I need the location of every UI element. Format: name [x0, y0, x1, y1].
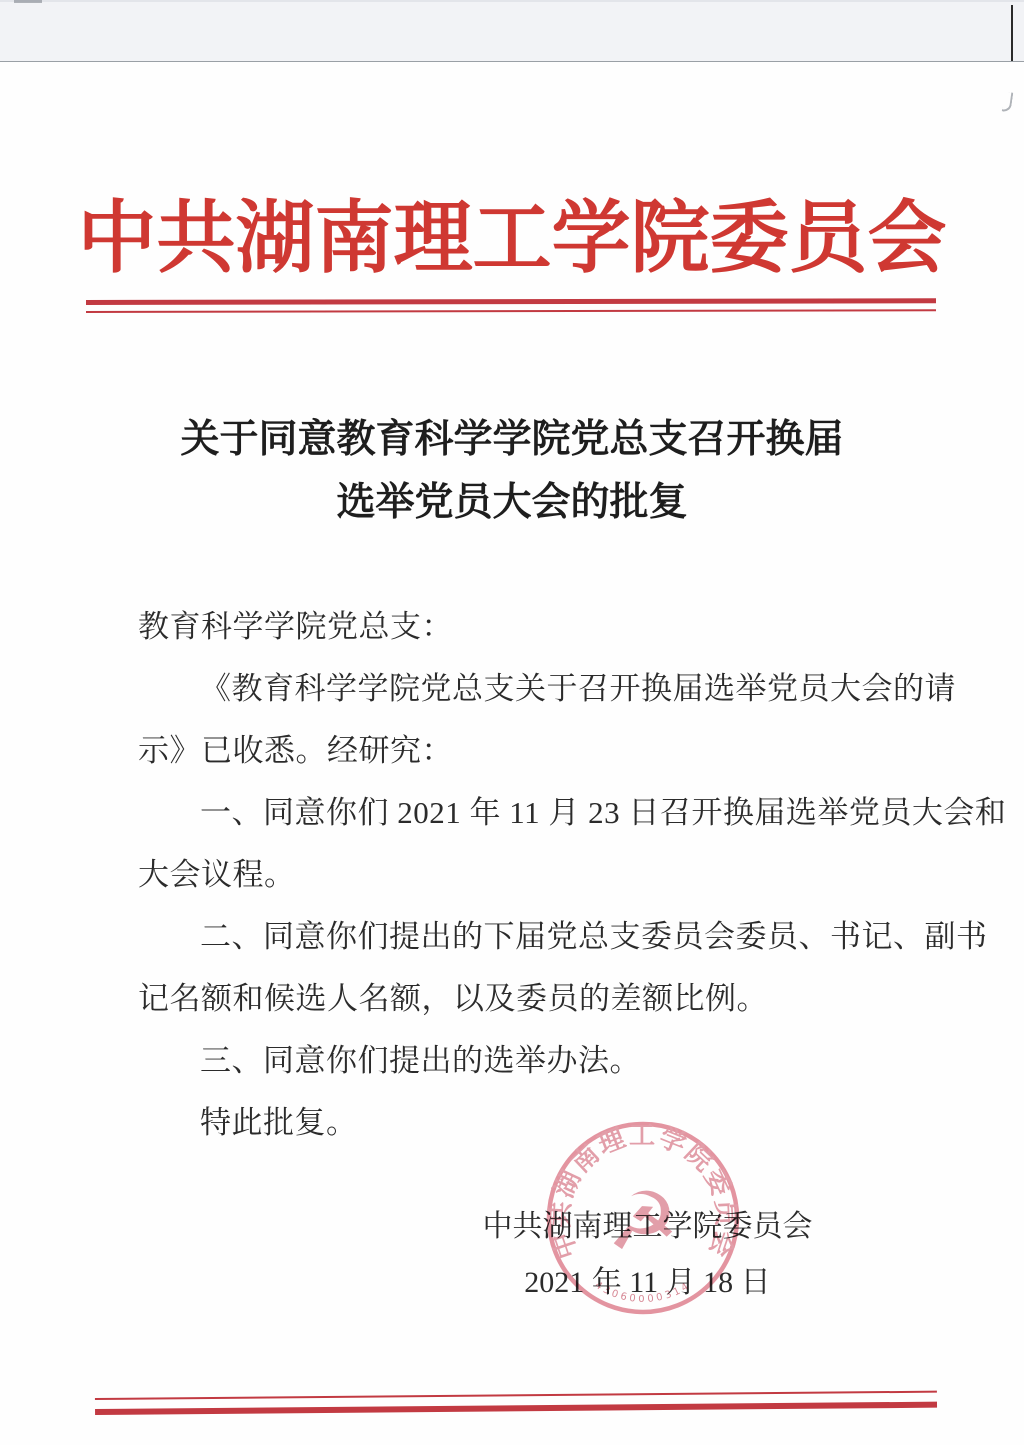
- body-line: 一、同意你们 2021 年 11 月 23 日召开换届选举党员大会和: [138, 782, 913, 844]
- document-title-line1: 关于同意教育科学学院党总支召开换届: [0, 408, 1024, 471]
- scanner-edge-band: [0, 0, 1024, 62]
- scanned-document-page: 中共湖南理工学院委员会 关于同意教育科学学院党总支召开换届 选举党员大会的批复 …: [0, 0, 1024, 1445]
- signature-date: 2021 年 11 月 18 日: [420, 1255, 875, 1311]
- signature-org: 中共湖南理工学院委员会: [420, 1199, 875, 1255]
- document-title-line2: 选举党员大会的批复: [0, 471, 1024, 534]
- footer-double-rule: [95, 1391, 937, 1415]
- scanner-edge-highlight: [0, 0, 1024, 2]
- rule-thin-line: [86, 309, 936, 313]
- body-line: 《教育科学学院党总支关于召开换届选举党员大会的请: [138, 658, 913, 720]
- document-title: 关于同意教育科学学院党总支召开换届 选举党员大会的批复: [0, 408, 1024, 534]
- body-line: 示》已收悉。经研究：: [138, 720, 913, 782]
- scan-artifact-vertical-line: [1011, 5, 1013, 61]
- body-lines: 教育科学学院党总支：《教育科学学院党总支关于召开换届选举党员大会的请示》已收悉。…: [138, 596, 913, 1154]
- body-line: 大会议程。: [138, 844, 913, 906]
- body-line: 特此批复。: [138, 1092, 913, 1154]
- body-line: 三、同意你们提出的选举办法。: [138, 1030, 913, 1092]
- body-line: 二、同意你们提出的下届党总支委员会委员、书记、副书: [138, 906, 913, 968]
- scan-artifact-dash: [14, 0, 42, 3]
- scan-artifact-mark: [1002, 91, 1014, 112]
- masthead-double-rule: [86, 298, 936, 313]
- signature-block: 中共湖南理工学院委员会 2021 年 11 月 18 日: [420, 1199, 875, 1311]
- masthead-org-name: 中共湖南理工学院委员会: [0, 186, 1024, 294]
- body-line: 教育科学学院党总支：: [138, 596, 913, 658]
- body-line: 记名额和候选人名额，以及委员的差额比例。: [138, 968, 913, 1030]
